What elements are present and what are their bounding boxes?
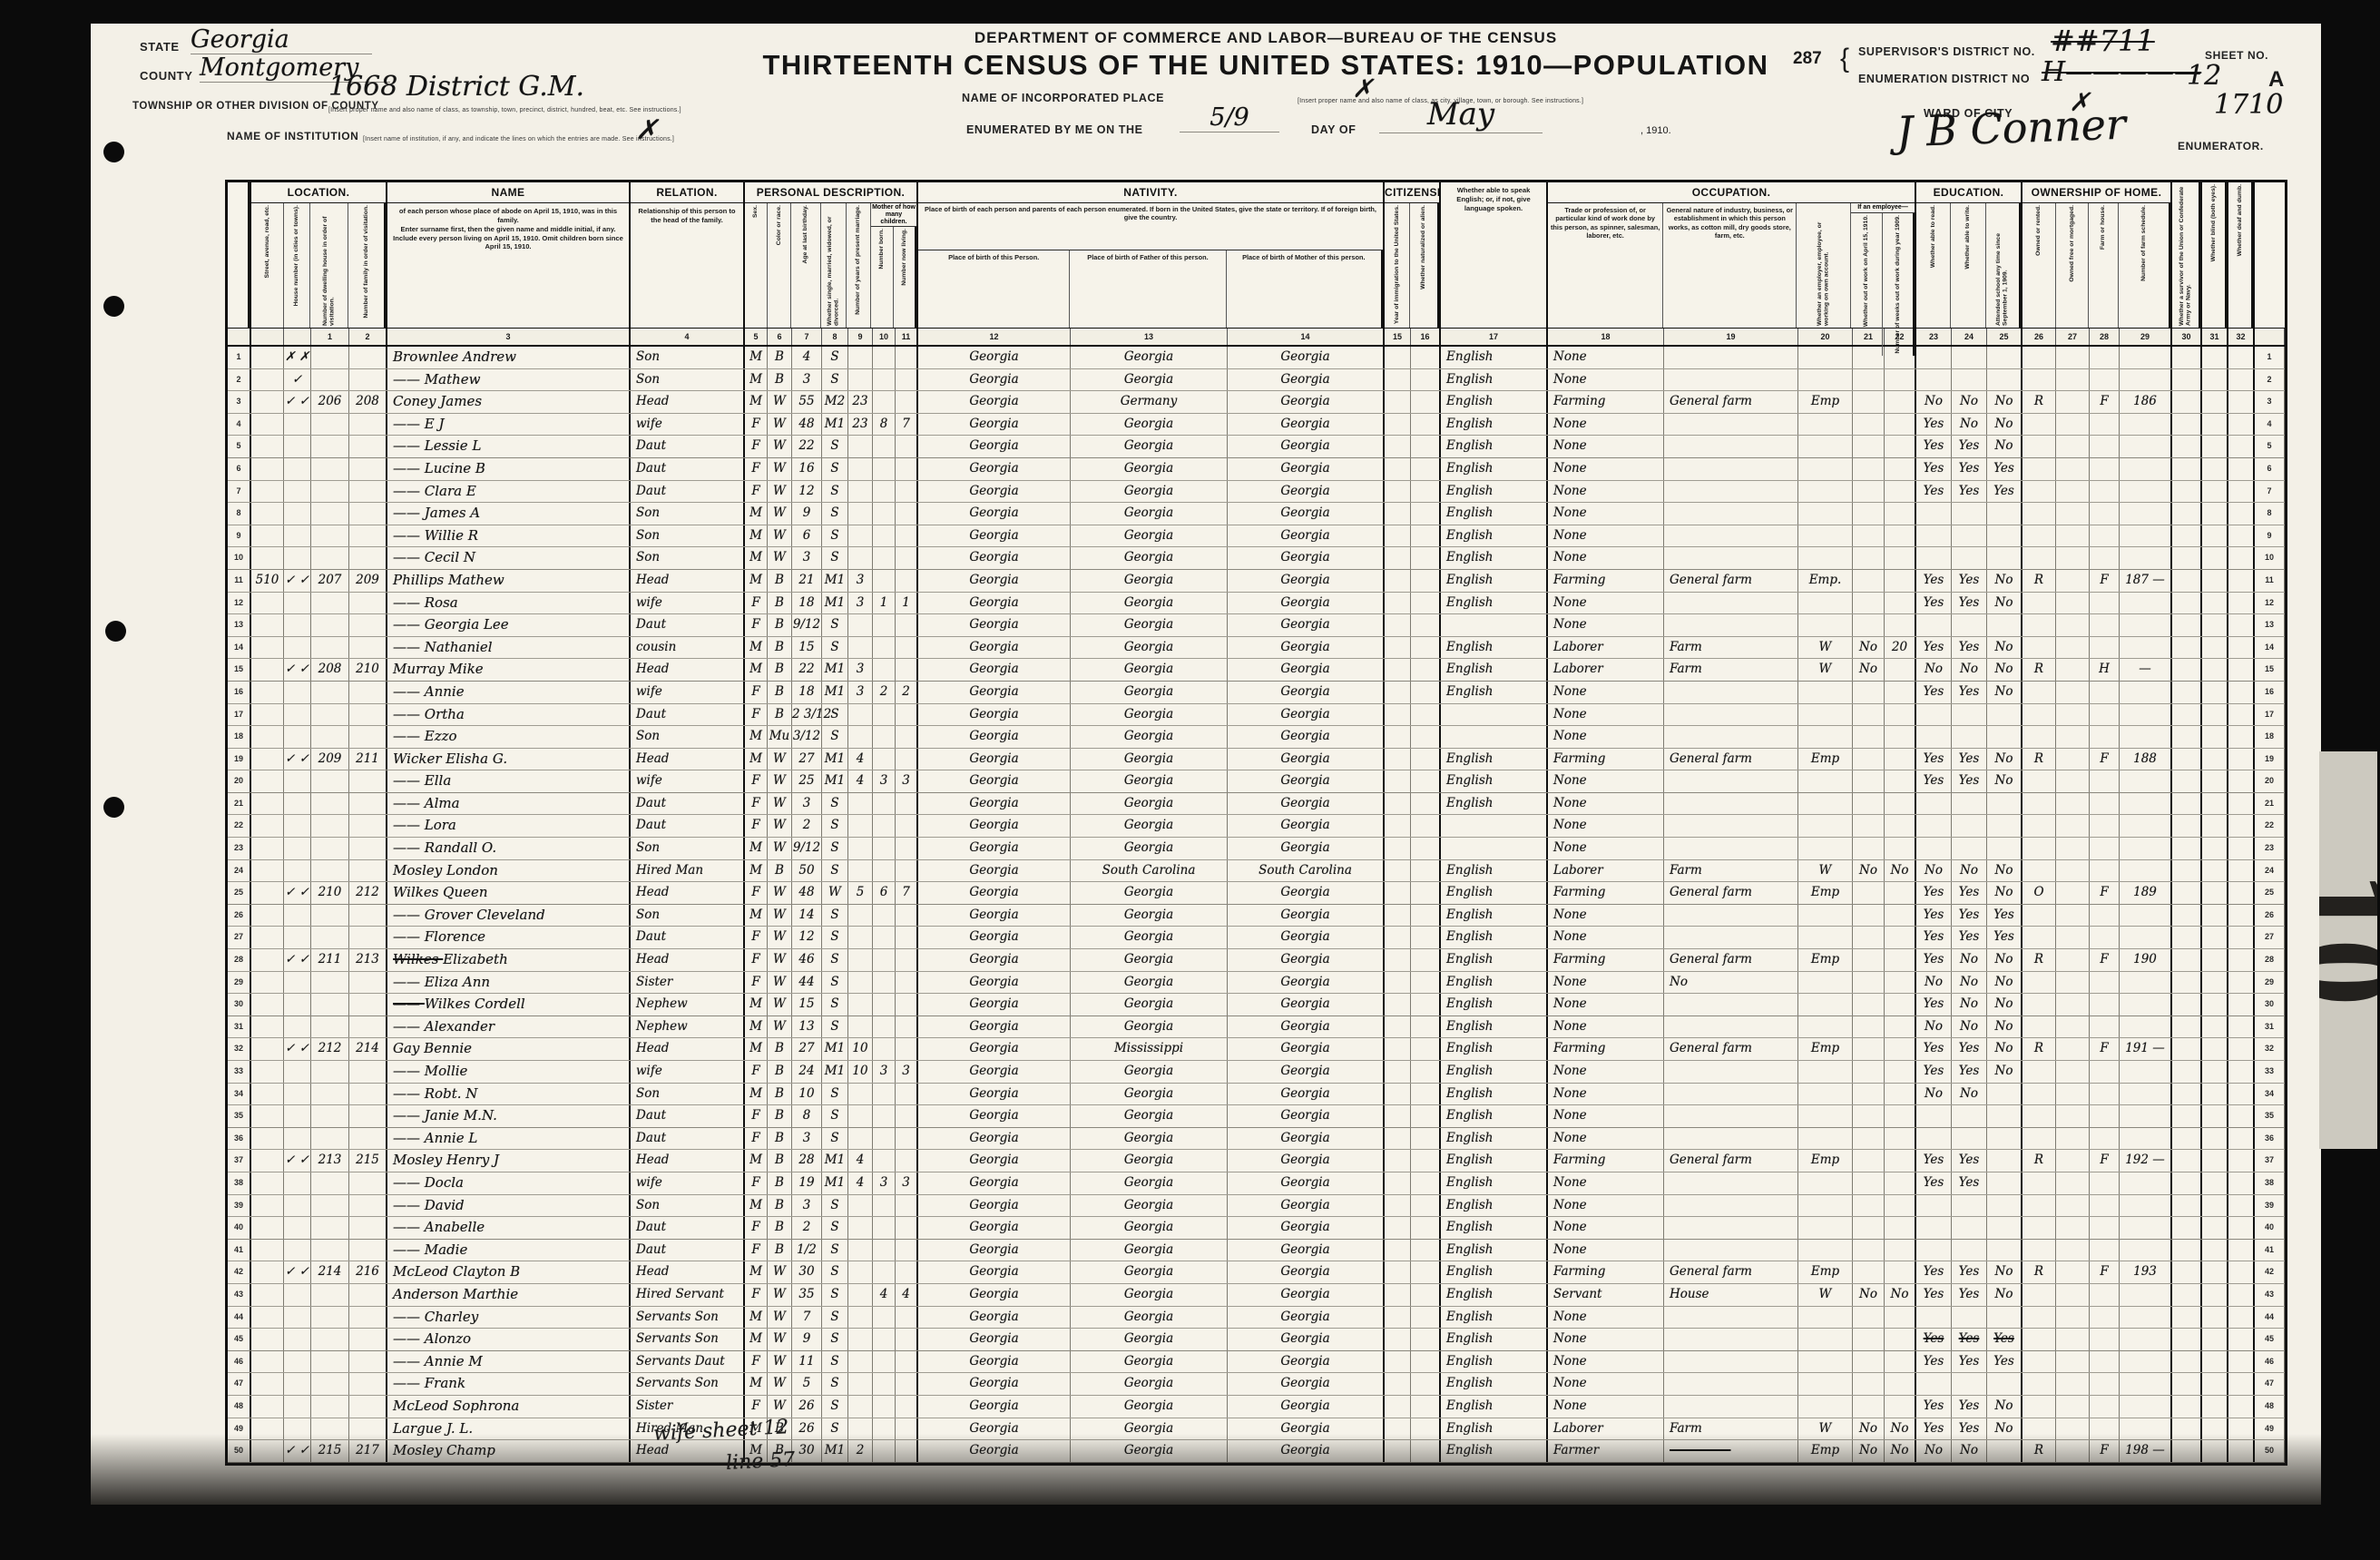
cell-mort (2056, 1307, 2090, 1329)
cell-c31 (2202, 860, 2228, 882)
column-number-age: 7 (792, 329, 822, 345)
cell-born (873, 525, 896, 547)
cell-marital: S (822, 1105, 848, 1127)
cell-c30 (2172, 659, 2202, 681)
cell-owned (2023, 770, 2056, 792)
cell-c15 (1385, 949, 1411, 971)
cell-rel: Son (631, 347, 745, 368)
cell-school (1987, 1195, 2023, 1217)
table-row: 2✓—— MathewSonMB3SGeorgiaGeorgiaGeorgiaE… (228, 369, 2285, 392)
cell-c32 (2228, 458, 2255, 480)
table-row: 40—— AnabelleDautFB2SGeorgiaGeorgiaGeorg… (228, 1217, 2285, 1240)
cell-dwell (311, 1418, 349, 1440)
cell-sched: 186 (2120, 391, 2172, 413)
cell-school: No (1987, 770, 2023, 792)
cell-sex: M (745, 525, 768, 547)
cell-dwell (311, 838, 349, 859)
cell-rownum: 14 (2255, 637, 2285, 659)
group-body (228, 182, 250, 328)
header-group: Whether able to speak English; or, if no… (1441, 182, 1548, 328)
cell-weeks (1885, 1240, 1916, 1261)
cell-owned (2023, 793, 2056, 815)
column-number-yrs: 9 (848, 329, 873, 345)
cell-school: No (1987, 1284, 2023, 1306)
cell-yrs (848, 1240, 873, 1261)
cell-trade: None (1548, 1061, 1664, 1083)
cell-yrs: 4 (848, 749, 873, 770)
cell-bp: Georgia (918, 1329, 1071, 1350)
cell-c31 (2202, 726, 2228, 748)
cell-bpf: Georgia (1071, 1150, 1228, 1172)
table-row: 12—— RosawifeFB18M1311GeorgiaGeorgiaGeor… (228, 593, 2285, 615)
group-note: Place of birth of each person and parent… (918, 203, 1383, 250)
cell-c30 (2172, 704, 2202, 726)
cell-sex: M (745, 547, 768, 569)
cell-c16 (1411, 391, 1441, 413)
header-group: PERSONAL DESCRIPTION.Sex.Color or race.A… (745, 182, 918, 328)
cell-trade: None (1548, 815, 1664, 837)
cell-house (284, 1084, 311, 1105)
table-row: 42✓ ✓214216McLeod Clayton BHeadMW30SGeor… (228, 1261, 2285, 1284)
cell-read: Yes (1916, 1061, 1952, 1083)
cell-c16 (1411, 838, 1441, 859)
cell-c31 (2202, 481, 2228, 503)
cell-school (1987, 1128, 2023, 1150)
cell-c15 (1385, 1016, 1411, 1038)
column-header-text: Street, avenue, road, etc. (264, 203, 270, 280)
cell-english: English (1441, 1284, 1548, 1306)
cell-industry (1664, 1172, 1798, 1194)
cell-farm (2090, 1307, 2120, 1329)
group-body: Trade or profession of, or particular ki… (1548, 203, 1915, 328)
cell-c16 (1411, 860, 1441, 882)
cell-c30 (2172, 860, 2202, 882)
cell-sex: F (745, 949, 768, 971)
cell-c15 (1385, 1195, 1411, 1217)
cell-name: —— Frank (387, 1373, 631, 1395)
table-row: 14—— NathanielcousinMB15SGeorgiaGeorgiaG… (228, 637, 2285, 660)
cell-outwork (1853, 347, 1885, 368)
cell-english: English (1441, 414, 1548, 436)
header-group: Whether a survivor of the Union or Confe… (2172, 182, 2202, 328)
struck-value: Yes (1959, 1331, 1980, 1346)
census-table-body: 1✗ ✗Brownlee AndrewSonMB4SGeorgiaGeorgia… (228, 347, 2285, 1463)
cell-house: ✓ ✓ (284, 749, 311, 770)
cell-c32 (2228, 1284, 2255, 1306)
cell-farm (2090, 815, 2120, 837)
cell-living (896, 1307, 918, 1329)
cell-bpf: Georgia (1071, 525, 1228, 547)
cell-english: English (1441, 391, 1548, 413)
cell-owned (2023, 436, 2056, 457)
cell-sched (2120, 1396, 2172, 1418)
table-row: 46—— Annie MServants DautFW11SGeorgiaGeo… (228, 1351, 2285, 1374)
cell-living (896, 659, 918, 681)
column-header-bpm: Place of birth of Mother of this person. (1227, 250, 1383, 328)
cell-house (284, 1061, 311, 1083)
cell-c31 (2202, 1172, 2228, 1194)
table-row: 30—— Wilkes CordellNephewMW15SGeorgiaGeo… (228, 994, 2285, 1016)
cell-c15 (1385, 436, 1411, 457)
cell-trade: None (1548, 1105, 1664, 1127)
cell-industry (1664, 770, 1798, 792)
cell-marital: S (822, 1261, 848, 1283)
cell-sex: F (745, 1284, 768, 1306)
cell-c32 (2228, 369, 2255, 391)
cell-c16 (1411, 614, 1441, 636)
cell-street (251, 704, 284, 726)
cell-read (1916, 838, 1952, 859)
cell-sched (2120, 1016, 2172, 1038)
cell-sex: F (745, 1128, 768, 1150)
cell-english: English (1441, 593, 1548, 614)
cell-sex: M (745, 1038, 768, 1060)
cell-school (1987, 726, 2023, 748)
cell-c30 (2172, 637, 2202, 659)
cell-rel: Son (631, 838, 745, 859)
cell-industry (1664, 525, 1798, 547)
cell-street (251, 905, 284, 927)
cell-rownum: 39 (2255, 1195, 2285, 1217)
cell-dwell (311, 414, 349, 436)
cell-c30 (2172, 815, 2202, 837)
cell-owned: R (2023, 391, 2056, 413)
cell-age: 22 (792, 659, 822, 681)
cell-english: English (1441, 1440, 1548, 1462)
cell-born (873, 815, 896, 837)
cell-dwell: 211 (311, 949, 349, 971)
cell-age: 1/2 (792, 1240, 822, 1261)
cell-sex: M (745, 726, 768, 748)
cell-yrs: 2 (848, 1440, 873, 1462)
cell-dwell (311, 704, 349, 726)
column-header-school: Attended school any time since September… (1986, 203, 2021, 328)
cell-outwork (1853, 1195, 1885, 1217)
cell-fam (349, 1284, 387, 1306)
punch-hole (103, 142, 124, 162)
cell-sex: M (745, 1307, 768, 1329)
cell-industry (1664, 1329, 1798, 1350)
cell-sex: M (745, 994, 768, 1015)
cell-marital: S (822, 1396, 848, 1418)
column-header-text: Sex. (752, 203, 759, 220)
cell-c15 (1385, 481, 1411, 503)
cell-bpf: Georgia (1071, 481, 1228, 503)
cell-age: 48 (792, 414, 822, 436)
cell-read (1916, 704, 1952, 726)
cell-farm (2090, 994, 2120, 1015)
cell-c32 (2228, 1240, 2255, 1261)
cell-born (873, 1329, 896, 1350)
cell-yrs (848, 793, 873, 815)
cell-living (896, 1396, 918, 1418)
cell-mort (2056, 994, 2090, 1015)
cell-read: No (1916, 860, 1952, 882)
cell-c31 (2202, 1105, 2228, 1127)
cell-mort (2056, 503, 2090, 525)
cell-fam: 212 (349, 882, 387, 904)
cell-age: 5 (792, 1373, 822, 1395)
cell-sched (2120, 1061, 2172, 1083)
cell-rownum: 24 (2255, 860, 2285, 882)
cell-weeks: No (1885, 860, 1916, 882)
cell-read: Yes (1916, 749, 1952, 770)
cell-industry (1664, 1396, 1798, 1418)
cell-bpm: Georgia (1228, 793, 1385, 815)
cell-school (1987, 815, 2023, 837)
cell-bp: Georgia (918, 815, 1071, 837)
cell-dwell: 212 (311, 1038, 349, 1060)
cell-write: Yes (1952, 1396, 1987, 1418)
cell-age: 9 (792, 503, 822, 525)
cell-farm (2090, 1217, 2120, 1239)
cell-trade: None (1548, 369, 1664, 391)
cell-name: —— Ezzo (387, 726, 631, 748)
cell-class (1798, 547, 1853, 569)
cell-class (1798, 1195, 1853, 1217)
cell-sex: M (745, 1195, 768, 1217)
cell-fam: 209 (349, 570, 387, 592)
cell-owned (2023, 1195, 2056, 1217)
cell-rownum: 1 (2255, 347, 2285, 368)
cell-bp: Georgia (918, 1217, 1071, 1239)
cell-line: 39 (228, 1195, 251, 1217)
cell-rel: Son (631, 369, 745, 391)
group-label: NATIVITY. (918, 182, 1383, 203)
cell-rel: Daut (631, 436, 745, 457)
cell-outwork (1853, 682, 1885, 703)
cell-sex: M (745, 860, 768, 882)
cell-house (284, 815, 311, 837)
cell-color: B (768, 704, 792, 726)
cell-age: 22 (792, 436, 822, 457)
cell-marital: S (822, 1016, 848, 1038)
cell-industry (1664, 369, 1798, 391)
cell-street (251, 972, 284, 994)
cell-c15 (1385, 838, 1411, 859)
cell-name: —— Annie L (387, 1128, 631, 1150)
cell-c32 (2228, 972, 2255, 994)
cell-c16 (1411, 927, 1441, 948)
cell-trade: None (1548, 1128, 1664, 1150)
cell-write: No (1952, 391, 1987, 413)
cell-outwork (1853, 547, 1885, 569)
cell-dwell (311, 1284, 349, 1306)
cell-fam (349, 1307, 387, 1329)
cell-marital: M1 (822, 593, 848, 614)
cell-sex: F (745, 458, 768, 480)
struck-value: Yes (1993, 1331, 2014, 1346)
cell-fam (349, 1240, 387, 1261)
cell-rel: Head (631, 659, 745, 681)
cell-bpf: Georgia (1071, 1016, 1228, 1038)
cell-street (251, 1351, 284, 1373)
cell-fam (349, 815, 387, 837)
cell-c30 (2172, 570, 2202, 592)
cell-c16 (1411, 436, 1441, 457)
cell-living (896, 347, 918, 368)
cell-bpm: Georgia (1228, 1172, 1385, 1194)
cell-living (896, 949, 918, 971)
cell-class (1798, 704, 1853, 726)
cell-rel: Son (631, 726, 745, 748)
cell-sex: M (745, 1016, 768, 1038)
cell-outwork (1853, 481, 1885, 503)
cell-name: —— Alexander (387, 1016, 631, 1038)
cell-owned: R (2023, 1261, 2056, 1283)
census-table: LOCATION.Street, avenue, road, etc.House… (225, 180, 2287, 1466)
cell-street (251, 949, 284, 971)
cell-bpm: Georgia (1228, 414, 1385, 436)
cell-school: No (1987, 570, 2023, 592)
cell-bpm: Georgia (1228, 1038, 1385, 1060)
cell-sex: F (745, 927, 768, 948)
cell-bpf: Georgia (1071, 1105, 1228, 1127)
cell-trade: Farming (1548, 949, 1664, 971)
cell-name: Murray Mike (387, 659, 631, 681)
cell-sex: F (745, 436, 768, 457)
cell-bpf: Georgia (1071, 927, 1228, 948)
table-row: 26—— Grover ClevelandSonMW14SGeorgiaGeor… (228, 905, 2285, 927)
cell-read (1916, 503, 1952, 525)
cell-color: W (768, 1351, 792, 1373)
cell-living: 3 (896, 1061, 918, 1083)
cell-yrs (848, 481, 873, 503)
cell-weeks (1885, 570, 1916, 592)
cell-bp: Georgia (918, 905, 1071, 927)
cell-street (251, 1150, 284, 1172)
group-body: of each person whose place of abode on A… (387, 203, 629, 328)
cell-color: B (768, 860, 792, 882)
cell-rownum: 44 (2255, 1307, 2285, 1329)
cell-farm (2090, 1195, 2120, 1217)
enumeration-label: ENUMERATION DISTRICT NO (1858, 73, 2030, 85)
cell-owned (2023, 815, 2056, 837)
cell-industry (1664, 927, 1798, 948)
cell-c31 (2202, 659, 2228, 681)
column-header-owned: Owned or rented. (2023, 203, 2056, 328)
cell-bp: Georgia (918, 749, 1071, 770)
table-row: 18—— EzzoSonMMu3/12SGeorgiaGeorgiaGeorgi… (228, 726, 2285, 749)
cell-marital: S (822, 1284, 848, 1306)
cell-color: B (768, 1172, 792, 1194)
cell-c16 (1411, 369, 1441, 391)
cell-rownum: 8 (2255, 503, 2285, 525)
cell-owned (2023, 682, 2056, 703)
cell-bpm: Georgia (1228, 1440, 1385, 1462)
cell-owned (2023, 481, 2056, 503)
cell-owned (2023, 704, 2056, 726)
cell-name: —— David (387, 1195, 631, 1217)
cell-color: W (768, 1396, 792, 1418)
cell-yrs (848, 1105, 873, 1127)
cell-rel: wife (631, 1061, 745, 1083)
cell-age: 18 (792, 682, 822, 703)
cell-yrs (848, 704, 873, 726)
cell-c30 (2172, 1396, 2202, 1418)
cell-trade: None (1548, 726, 1664, 748)
table-row: 27—— FlorenceDautFW12SGeorgiaGeorgiaGeor… (228, 927, 2285, 949)
cell-weeks (1885, 927, 1916, 948)
cell-read: Yes (1916, 949, 1952, 971)
cell-mort (2056, 1329, 2090, 1350)
cell-rownum: 22 (2255, 815, 2285, 837)
cell-street: 510 (251, 570, 284, 592)
cell-industry (1664, 347, 1798, 368)
cell-sex: F (745, 614, 768, 636)
cell-age: 10 (792, 1084, 822, 1105)
subgroup-cells: Number born.Number now living. (871, 227, 916, 328)
cell-class (1798, 525, 1853, 547)
cell-c30 (2172, 369, 2202, 391)
cell-bpm: Georgia (1228, 749, 1385, 770)
cell-owned (2023, 905, 2056, 927)
cell-weeks (1885, 1172, 1916, 1194)
cell-english: English (1441, 882, 1548, 904)
cell-line: 2 (228, 369, 251, 391)
cell-mort (2056, 704, 2090, 726)
cell-trade: None (1548, 593, 1664, 614)
cell-color: W (768, 1329, 792, 1350)
cell-bp: Georgia (918, 1105, 1071, 1127)
cell-farm: F (2090, 1150, 2120, 1172)
cell-read (1916, 1307, 1952, 1329)
column-header-text: Whether single, married, widowed, or div… (827, 203, 840, 328)
cell-bp: Georgia (918, 547, 1071, 569)
cell-sex: F (745, 414, 768, 436)
cell-c16 (1411, 347, 1441, 368)
cell-age: 27 (792, 1038, 822, 1060)
cell-rel: Servants Daut (631, 1351, 745, 1373)
cell-school: Yes (1987, 481, 2023, 503)
cell-sex: M (745, 749, 768, 770)
table-row: 34—— Robt. NSonMB10SGeorgiaGeorgiaGeorgi… (228, 1084, 2285, 1106)
cell-line: 27 (228, 927, 251, 948)
cell-farm: F (2090, 749, 2120, 770)
cell-age: 3 (792, 1195, 822, 1217)
cell-read (1916, 815, 1952, 837)
cell-fam: 214 (349, 1038, 387, 1060)
header-group (2255, 182, 2285, 328)
cell-mort (2056, 682, 2090, 703)
column-header-industry: General nature of industry, business, or… (1663, 203, 1797, 328)
cell-living (896, 726, 918, 748)
cell-trade: None (1548, 838, 1664, 859)
column-number-trade: 18 (1548, 329, 1664, 345)
cell-dwell (311, 905, 349, 927)
cell-rownum: 18 (2255, 726, 2285, 748)
cell-farm: F (2090, 1038, 2120, 1060)
cell-fam (349, 525, 387, 547)
cell-trade: None (1548, 793, 1664, 815)
cell-english: English (1441, 1373, 1548, 1395)
cell-bp: Georgia (918, 1418, 1071, 1440)
cell-school: No (1987, 949, 2023, 971)
cell-c30 (2172, 972, 2202, 994)
cell-bpf: Georgia (1071, 659, 1228, 681)
cell-sched (2120, 1217, 2172, 1239)
cell-c32 (2228, 793, 2255, 815)
cell-read: No (1916, 659, 1952, 681)
cell-yrs (848, 436, 873, 457)
cell-outwork: No (1853, 1418, 1885, 1440)
cell-c31 (2202, 369, 2228, 391)
cell-rel: Son (631, 525, 745, 547)
cell-mort (2056, 1038, 2090, 1060)
cell-industry (1664, 436, 1798, 457)
cell-rownum: 34 (2255, 1084, 2285, 1105)
cell-street (251, 436, 284, 457)
